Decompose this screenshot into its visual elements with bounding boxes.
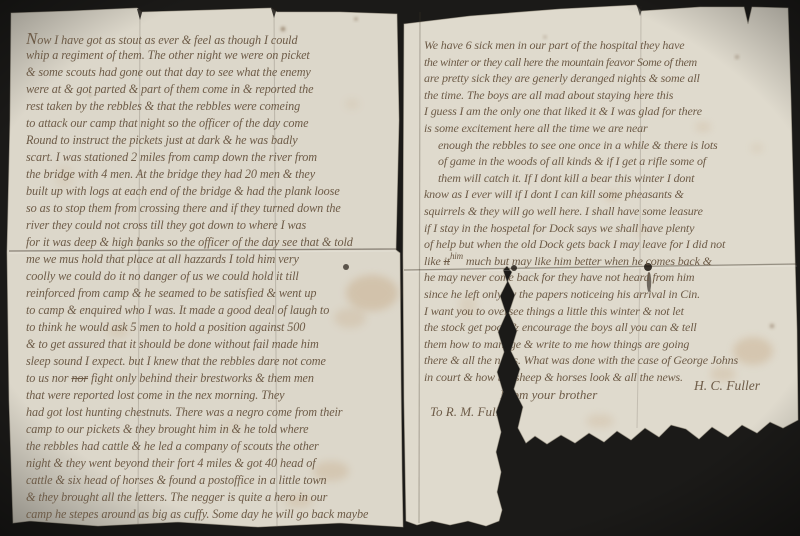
handwritten-line: enough the rebbles to see one once in a … xyxy=(424,137,796,154)
handwritten-line: that were reported lost come in the nex … xyxy=(26,387,398,404)
handwritten-line: We have 6 sick men in our part of the ho… xyxy=(424,37,796,54)
handwritten-line: them how to manage & write to me how thi… xyxy=(424,336,796,353)
handwritten-line: Now I have got as stout as ever & feel a… xyxy=(26,30,398,47)
handwritten-line: scart. I was stationed 2 miles from camp… xyxy=(26,149,398,166)
handwritten-line: if I stay in the hospetal for Dock says … xyxy=(424,220,796,237)
handwritten-line: river they could not cross till they got… xyxy=(26,217,398,234)
handwritten-line: I guess I am the only one that liked it … xyxy=(424,103,796,120)
handwritten-line: camp he stepes around as big as cuffy. S… xyxy=(26,506,398,523)
handwritten-line: he may never come back for they have not… xyxy=(424,269,796,286)
handwritten-line: rest taken by the rebbles & that the reb… xyxy=(26,98,398,115)
handwritten-line: cattle & six head of horses & found a po… xyxy=(26,472,398,489)
handwritten-line: know as I ever will if I dont I can kill… xyxy=(424,186,796,203)
handwritten-line: for it was deep & high banks so the offi… xyxy=(26,234,398,251)
handwritten-line: to us nor nor fight only behind their br… xyxy=(26,370,398,387)
handwritten-line: them will catch it. If I dont kill a bea… xyxy=(424,170,796,187)
handwritten-line: were at & got parted & part of them come… xyxy=(26,81,398,98)
handwritten-line: there & all the news. What was done with… xyxy=(424,352,796,369)
handwritten-line: to think he would ask 5 men to hold a po… xyxy=(26,319,398,336)
handwritten-line: the winter or they call here the mountai… xyxy=(424,54,796,71)
handwritten-line: to attack our camp that night so the off… xyxy=(26,115,398,132)
handwritten-line: & to get assured that it should be done … xyxy=(26,336,398,353)
handwritten-line: of game in the woods of all kinds & if I… xyxy=(424,153,796,170)
handwritten-line: squirrels & they will go well here. I sh… xyxy=(424,203,796,220)
handwritten-line: the rebbles had cattle & he led a compan… xyxy=(26,438,398,455)
signature-line: H. C. Fuller xyxy=(694,378,760,394)
handwritten-line: had got lost hunting chestnuts. There wa… xyxy=(26,404,398,421)
handwritten-line: coolly we could do it no danger of us we… xyxy=(26,268,398,285)
handwritten-line: the stock get poor & encourage the boys … xyxy=(424,319,796,336)
handwritten-line: camp to our pickets & they brought him i… xyxy=(26,421,398,438)
handwritten-line: to camp & enquired who I was. It made a … xyxy=(26,302,398,319)
right-page-lines: We have 6 sick men in our part of the ho… xyxy=(424,37,796,385)
handwritten-line: whip a regiment of them. The other night… xyxy=(26,47,398,64)
handwritten-line: & they brought all the letters. The negg… xyxy=(26,489,398,506)
handwritten-line: are pretty sick they are generly derange… xyxy=(424,70,796,87)
handwritten-line: night & they went beyond their fort 4 mi… xyxy=(26,455,398,472)
handwritten-line: like ithim much but may like him better … xyxy=(424,253,796,270)
handwritten-line: is some excitement here all the time we … xyxy=(424,120,796,137)
handwritten-line: the bridge with 4 men. At the bridge the… xyxy=(26,166,398,183)
left-page-text: Now I have got as stout as ever & feel a… xyxy=(26,30,398,527)
handwritten-line: so as to stop them from crossing there a… xyxy=(26,200,398,217)
handwritten-line: built up with logs at each end of the br… xyxy=(26,183,398,200)
handwritten-line: of help but when the old Dock gets back … xyxy=(424,236,796,253)
letter-photograph: Now I have got as stout as ever & feel a… xyxy=(0,0,800,536)
handwritten-line: I want you to oversee things a little th… xyxy=(424,303,796,320)
handwritten-line: since he left only by the papers noticei… xyxy=(424,286,796,303)
handwritten-line: the time. The boys are all mad about sta… xyxy=(424,87,796,104)
handwritten-line: reinforced from camp & he seamed to be s… xyxy=(26,285,398,302)
handwritten-line: & some scouts had gone out that day to s… xyxy=(26,64,398,81)
handwritten-line: sleep sound I expect. but I knew that th… xyxy=(26,353,398,370)
handwritten-line: Round to instruct the pickets just at da… xyxy=(26,132,398,149)
handwritten-line: me we mus hold that place at all hazzard… xyxy=(26,251,398,268)
